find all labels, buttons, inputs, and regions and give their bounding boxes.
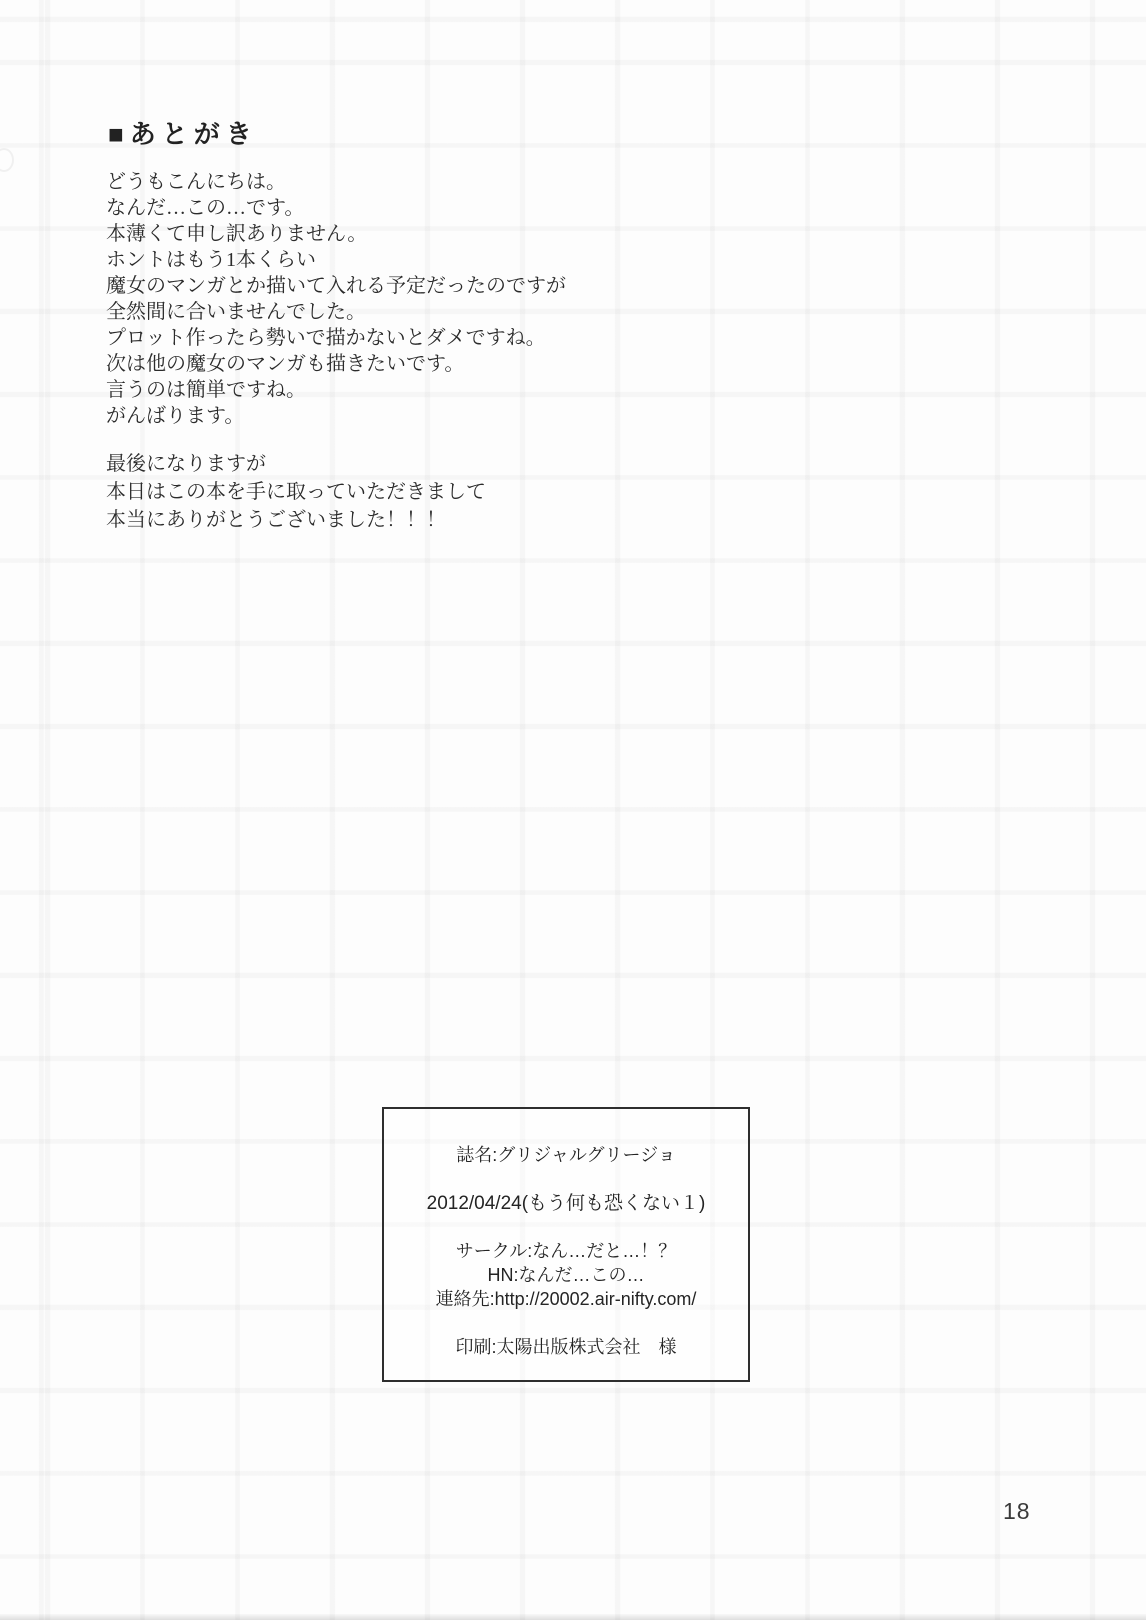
text-line: 言うのは簡単ですね。 [106, 377, 866, 403]
scanned-page: ■あとがき どうもこんにちは。 なんだ…この…です。 本薄くて申し訳ありません。… [0, 0, 1146, 1620]
scan-artifact [0, 148, 14, 172]
text-line: 本日はこの本を手に取っていただきまして [106, 478, 866, 506]
text-line: どうもこんにちは。 [106, 169, 866, 195]
text-line: プロット作ったら勢いで描かないとダメですね。 [106, 325, 866, 351]
afterword-paragraph-1: どうもこんにちは。 なんだ…この…です。 本薄くて申し訳ありません。 ホントはも… [106, 169, 866, 429]
text-line: がんばります。 [106, 403, 866, 429]
colophon-box: 誌名:グリジャルグリージョ 2012/04/24(もう何も恐くない１) サークル… [382, 1107, 750, 1382]
text-line: 全然間に合いませんでした。 [106, 299, 866, 325]
colophon-contact-url: 連絡先:http://20002.air-nifty.com/ [384, 1289, 748, 1309]
afterword-paragraph-2: 最後になりますが 本日はこの本を手に取っていただきまして 本当にありがとうござい… [106, 450, 866, 534]
text-line: 本薄くて申し訳ありません。 [106, 221, 866, 247]
text-line: 魔女のマンガとか描いて入れる予定だったのですが [106, 273, 866, 299]
colophon-printer: 印刷:太陽出版株式会社 様 [384, 1337, 748, 1357]
scan-bottom-edge [0, 1614, 1146, 1620]
text-line: 本当にありがとうございました！！！ [106, 506, 866, 534]
text-line: 次は他の魔女のマンガも描きたいです。 [106, 351, 866, 377]
text-line: なんだ…この…です。 [106, 195, 866, 221]
colophon-book-title: 誌名:グリジャルグリージョ [384, 1145, 748, 1165]
colophon-handle-name: HN:なんだ…この… [384, 1265, 748, 1285]
text-line: 最後になりますが [106, 450, 866, 478]
text-line: ホントはもう1本くらい [106, 247, 866, 273]
colophon-date-event: 2012/04/24(もう何も恐くない１) [384, 1194, 748, 1214]
colophon-circle-name: サークル:なん…だと…！？ [384, 1241, 748, 1261]
afterword-heading: ■あとがき [108, 114, 258, 151]
page-number: 18 [1003, 1498, 1031, 1525]
